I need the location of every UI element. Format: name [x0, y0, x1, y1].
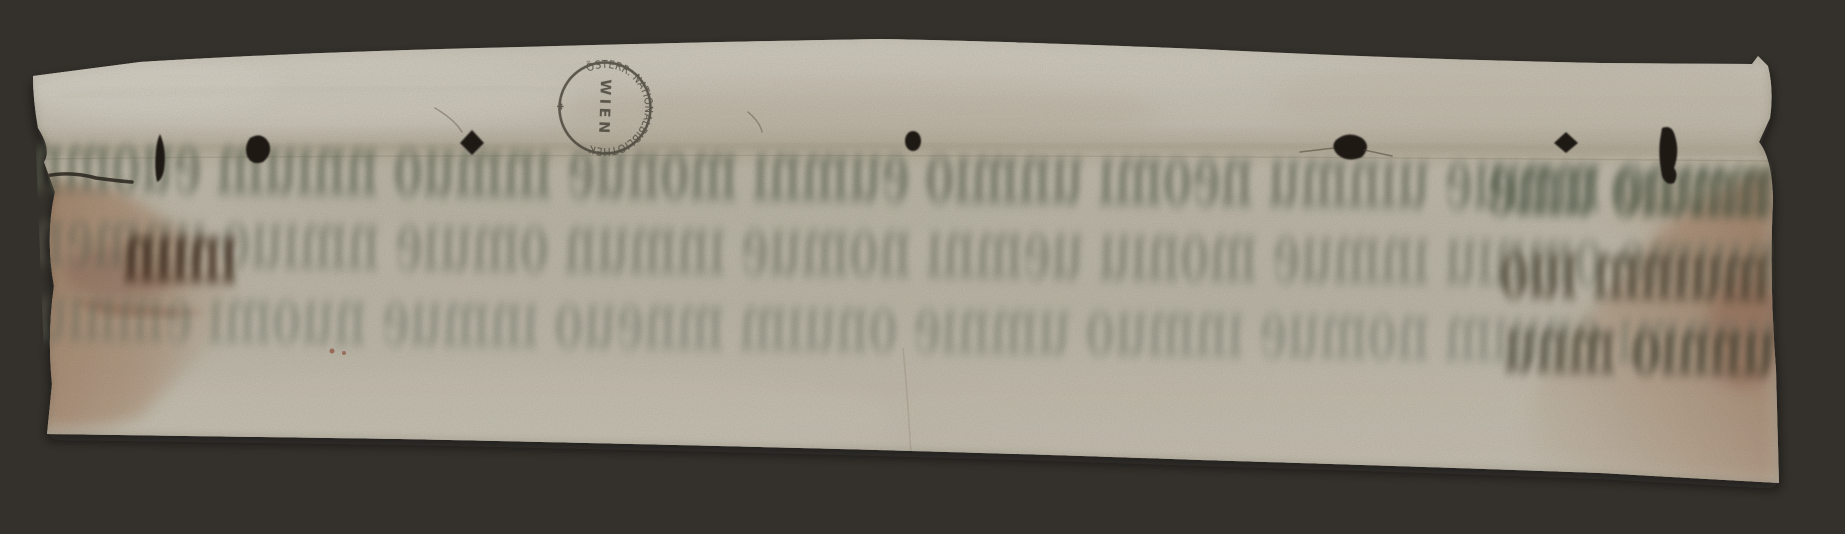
photo-backdrop: mıuno mnıue uınmu neomı unmıo eumnı monu…: [0, 0, 1845, 534]
overlay-details: ÖSTERR. NATIONALBIBLIOTHEK WIEN ✱: [0, 0, 1845, 534]
grain-texture: [28, 36, 1783, 488]
